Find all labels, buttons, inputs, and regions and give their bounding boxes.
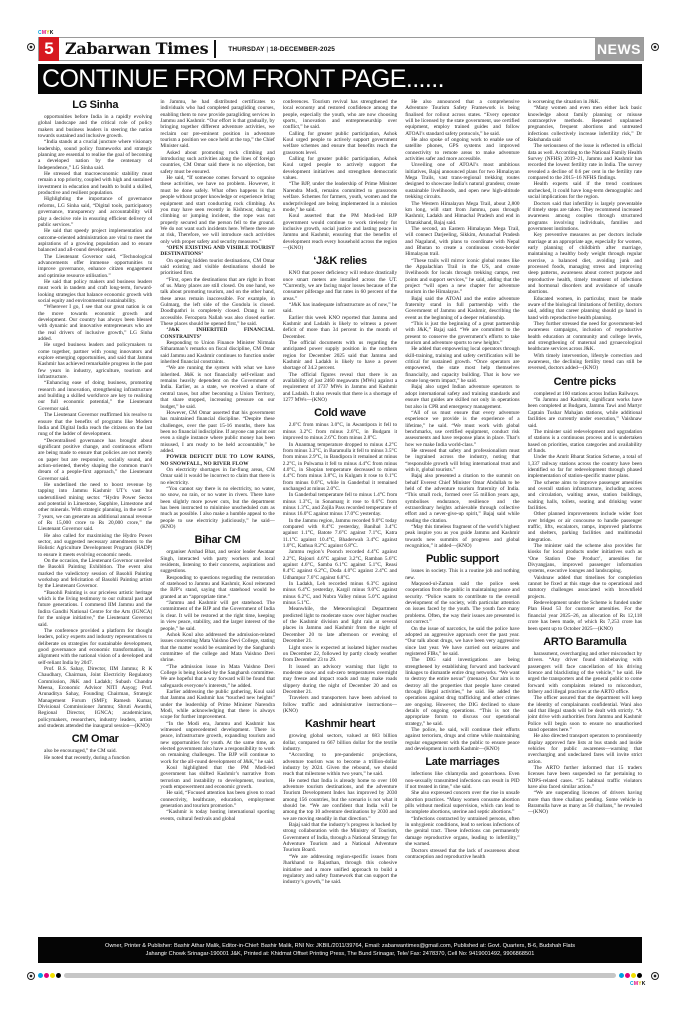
dateline: THURSDAY | 18-DECEMBER-2025 (216, 46, 335, 53)
article-paragraph: In Ganderbal temperature fell to minus 1… (283, 492, 397, 517)
article-paragraph: “These trails will mirror iconic global … (405, 258, 519, 296)
article-paragraph: Vaishnaw added that timelines for comple… (528, 575, 642, 600)
article-paragraph: He said that speedy project implementati… (38, 228, 152, 253)
article-paragraph: Maqsood-ul-Zaman said the police seek co… (405, 581, 519, 625)
article-paragraph: The conference provided a platform for t… (38, 628, 152, 666)
article-paragraph: in Jammu, he had distributed certificate… (160, 99, 274, 150)
article-heading: ‘J&K relies (283, 255, 397, 267)
article-paragraph: Other planned improvements include wider… (528, 511, 642, 543)
article-paragraph: Koul highlighted that the PM Modi-led go… (160, 765, 274, 790)
article-paragraph: He noted that recently, during a functio… (38, 755, 152, 761)
article-paragraph: The scheme aims to improve passenger ame… (528, 480, 642, 512)
article-paragraph: KNO that power deficiency will reduce dr… (283, 270, 397, 302)
article-paragraph: On the issue of narcotics, he said the p… (405, 626, 519, 658)
yellow-dot (631, 973, 636, 978)
article-paragraph: The official figures reveal that there i… (283, 372, 397, 404)
article-paragraph: Jammu region’s Poonch recorded 4.4°C aga… (283, 549, 397, 581)
article-paragraph: “J&K has inadequate infrastructure as of… (283, 302, 397, 315)
registration-mark-top-right (651, 43, 659, 51)
article-paragraph: Earlier this week KNO reported that Jamm… (283, 315, 397, 340)
article-paragraph: Calling for greater public participation… (283, 156, 397, 181)
magenta-dot (625, 973, 630, 978)
article-columns: LG Sinhaopportunities before India in a … (38, 99, 642, 935)
article-paragraph: The Lieutenant Governor said, “Technolog… (38, 254, 152, 279)
article-subheading: ‘J&K INHERITED FINANCIAL CONSTRAINTS’ (160, 327, 274, 340)
article-paragraph: growing global sectors, valued at 683 bi… (283, 733, 397, 752)
article-paragraph: In the Jammu region, Jammu recorded 9.0°… (283, 518, 397, 550)
article-paragraph: On electricity shortages in far-flung ar… (160, 467, 274, 486)
article-heading: Cold wave (283, 407, 397, 419)
article-paragraph: “Kashmir is today hosting international … (160, 809, 274, 822)
article-paragraph: “In Jammu and Kashmir, significant works… (528, 397, 642, 429)
article-heading: Centre picks (528, 376, 642, 388)
magenta-dot (44, 973, 49, 978)
article-paragraph: “You cannot say there is no electricity,… (160, 486, 274, 530)
article-paragraph: Ashok Koul also addressed the admission-… (160, 632, 274, 664)
section-banner: CONTINUE FROM FRONT PAGE...... (38, 64, 642, 94)
registration-mark-bottom-left (27, 972, 35, 980)
color-dots-left (38, 973, 61, 978)
article-paragraph: Koul asserted that the PM Modi-led BJP g… (283, 213, 397, 251)
article-paragraph: “Decentralised governance has brought ab… (38, 438, 152, 482)
article-paragraph: The ARTO further informed that 15 trader… (528, 765, 642, 790)
article-paragraph: He stressed that safety and professional… (405, 448, 519, 473)
imprint-footer: Owner, Printer & Publisher: Bashir Athar… (38, 937, 642, 963)
registration-mark-top-left (27, 43, 35, 51)
article-heading: ARTO Baramulla (528, 636, 642, 648)
article-paragraph: Bajaj said that the industry’s progress … (283, 822, 397, 854)
article-heading: Public support (405, 553, 519, 565)
article-heading: Bihar CM (160, 534, 274, 546)
article-paragraph: He also called for maximising the Hydro … (38, 533, 152, 558)
article-paragraph: The police, he said, will continue their… (405, 727, 519, 752)
column-4: He also announced that a comprehensive A… (405, 99, 519, 935)
article-paragraph: The seriousness of the issue is reflecte… (528, 143, 642, 181)
article-paragraph: The second, an Eastern Himalayan Mega Tr… (405, 226, 519, 258)
yellow-dot (50, 973, 55, 978)
article-paragraph: He said, “If someone comes forward to or… (160, 175, 274, 245)
color-dots-right (619, 973, 642, 978)
article-paragraph: “In the Modi era, Jammu and Kashmir has … (160, 721, 274, 765)
article-paragraph: “India stands at a crucial juncture wher… (38, 139, 152, 171)
newspaper-name: Zabarwan Times (59, 40, 216, 58)
article-paragraph: conferences. Tourism revival has strengt… (283, 99, 397, 131)
article-paragraph: It issued an advisory warning that light… (283, 664, 397, 696)
imprint-line-1: Owner, Printer & Publisher: Bashir Athar… (38, 942, 642, 950)
article-paragraph: He also directed transport operators to … (528, 733, 642, 765)
article-paragraph: issues in society. This is a routine job… (405, 568, 519, 581)
article-paragraph: Highlighting the importance of governanc… (38, 196, 152, 228)
imprint-line-2: Jahangir Chowk Srinagar-190001 J&K, Prin… (38, 950, 642, 958)
article-paragraph: “Wherever I go, I see that our great nat… (38, 304, 152, 342)
article-paragraph: “Basohli Painting is our priceless artis… (38, 590, 152, 628)
article-paragraph: 2.6°C from minus 3.0°C, in Awantipora it… (283, 422, 397, 441)
article-paragraph: Travelers and transporters have been adv… (283, 695, 397, 714)
article-paragraph: Calling for greater public participation… (283, 131, 397, 156)
article-paragraph: “This is just the beginning of a great p… (405, 321, 519, 346)
article-paragraph: “May this timeless fragment of the world… (405, 524, 519, 549)
article-paragraph: The Lieutenant Governor reaffirmed his r… (38, 412, 152, 437)
article-paragraph: Key preventive measures as per doctors i… (528, 232, 642, 295)
article-paragraph: “Infections contracted by untrained pers… (405, 816, 519, 848)
column-3: conferences. Tourism revival has strengt… (283, 99, 397, 935)
article-paragraph: “We are addressing region-specific issue… (283, 854, 397, 886)
article-paragraph: Light snow is expected at isolated highe… (283, 645, 397, 664)
article-paragraph: The officer assured that the department … (528, 695, 642, 733)
article-paragraph: Meanwhile, the Meteorological Department… (283, 606, 397, 644)
article-paragraph: “Many women and even men either lack bas… (528, 105, 642, 143)
article-paragraph: He said that policy makers and business … (38, 279, 152, 304)
article-paragraph: “According to pre-pandemic projections, … (283, 752, 397, 777)
article-paragraph: He added that empowering local operators… (405, 346, 519, 384)
article-paragraph: The minister said redevelopment and upgr… (528, 429, 642, 454)
column-2: in Jammu, he had distributed certificate… (160, 99, 274, 935)
article-paragraph: He stressed that macroeconomic stability… (38, 171, 152, 196)
article-paragraph: In Ladakh, Leh recorded minus 6.3°C agai… (283, 581, 397, 606)
article-paragraph: The official documents with us regarding… (283, 340, 397, 372)
article-paragraph: He urged business leaders and policymake… (38, 342, 152, 380)
article-paragraph: The minister said the scheme also provid… (528, 543, 642, 575)
article-paragraph: Doctors said that infertility is largely… (528, 201, 642, 233)
article-paragraph: Unveiling one of ATOAI’s most ambitious … (405, 162, 519, 200)
page-number: 5 (39, 37, 59, 61)
article-paragraph: With timely intervention, lifestyle corr… (528, 353, 642, 372)
cyan-dot (38, 973, 43, 978)
article-heading: Late marriages (405, 756, 519, 768)
date-label: 18-DECEMBER-2025 (270, 46, 335, 53)
banner-title: CONTINUE FROM FRONT PAGE...... (42, 65, 444, 94)
article-heading: Kashmir heart (283, 718, 397, 730)
article-paragraph: “We are running the system with what we … (160, 365, 274, 409)
article-paragraph: Bajaj also urged Indian adventure operat… (405, 384, 519, 409)
article-paragraph: “We are suspending licences of drivers h… (528, 790, 642, 815)
print-color-bar (38, 972, 642, 978)
article-paragraph: infections like chlamydia and gonorrhoea… (405, 771, 519, 790)
article-paragraph: opportunities before India in a rapidly … (38, 114, 152, 139)
article-paragraph: Responding to questions regarding the re… (160, 575, 274, 600)
grey-bar (64, 973, 616, 978)
article-paragraph: “The BJP, under the leadership of Prime … (283, 181, 397, 213)
article-paragraph: harassment, overcharging and other misco… (528, 651, 642, 695)
cmyk-label-top: CMYK (38, 30, 54, 36)
article-paragraph: Earlier addressing the public gathering,… (160, 689, 274, 721)
article-paragraph: The DIG said investigations are being st… (405, 657, 519, 727)
article-paragraph: Health experts said if the trend continu… (528, 181, 642, 200)
article-subheading: POWER DEFICIT DUE TO LOW RAINS, NO SNOWF… (160, 454, 274, 467)
day-label: THURSDAY (228, 46, 264, 53)
cyan-dot (619, 973, 624, 978)
article-paragraph: Bajaj said the ATOAI and the entire adve… (405, 296, 519, 321)
article-heading: CM Omar (38, 733, 152, 745)
article-paragraph: He noted that India is already home to o… (283, 778, 397, 822)
column-1: LG Sinhaopportunities before India in a … (38, 99, 152, 935)
article-paragraph: organiser Arshad Bhat, and senior leader… (160, 549, 274, 574)
article-paragraph: He underlined the need to boost revenue … (38, 482, 152, 533)
article-paragraph: “Jammu and Kashmir will get statehood. T… (160, 600, 274, 632)
article-paragraph: He also spoke of ongoing work to enable … (405, 137, 519, 162)
article-heading: LG Sinha (38, 99, 152, 111)
article-paragraph: Redevelopment under the Scheme is funded… (528, 600, 642, 632)
black-dot (56, 973, 61, 978)
article-paragraph: “First, open the destinations that are r… (160, 277, 274, 328)
article-paragraph: The Western Himalayan Mega Trail, about … (405, 201, 519, 226)
article-paragraph: She also expressed concern over the rise… (405, 790, 519, 815)
registration-mark-bottom-right (651, 972, 659, 980)
article-subheading: ‘OPEN EXISTING AND VISIBLE TOURIST DESTI… (160, 245, 274, 258)
article-paragraph: “The admission issue in Mata Vaishno Dev… (160, 664, 274, 689)
section-tag: NEWS (595, 38, 643, 60)
article-paragraph: Educated women, in particular, must be m… (528, 296, 642, 321)
article-paragraph: On the occasion, the Lieutenant Governor… (38, 558, 152, 590)
article-paragraph: Under the Amrit Bharat Station Scheme, a… (528, 454, 642, 479)
article-paragraph: Doctors stressed that the lack of awaren… (405, 848, 519, 861)
article-paragraph: However, CM Omar asserted that his gover… (160, 410, 274, 454)
article-paragraph: He said, “Focused attention has been giv… (160, 790, 274, 809)
article-paragraph: They further stressed the need for gover… (528, 321, 642, 353)
article-paragraph: Responding to Union Finance Minister Nir… (160, 340, 274, 365)
article-paragraph: In Anantnag temperature dropped to minus… (283, 442, 397, 493)
article-paragraph: Asked about promoting rock climbing and … (160, 150, 274, 175)
cmyk-label-bottom: CMYK (630, 981, 646, 987)
column-5: is worsening the situation in J&K.“Many … (528, 99, 642, 935)
article-paragraph: “All of us must ensure that every advent… (405, 410, 519, 448)
article-paragraph: “Enhancing ease of doing business, promo… (38, 380, 152, 412)
article-paragraph: He also announced that a comprehensive A… (405, 99, 519, 137)
black-dot (637, 973, 642, 978)
article-paragraph: Prof. B.S. Sahay, Director, IIM Jammu; R… (38, 666, 152, 729)
article-paragraph: Bajaj also presented a citation to the s… (405, 473, 519, 524)
masthead: 5 Zabarwan Times THURSDAY | 18-DECEMBER-… (38, 37, 644, 61)
article-paragraph: On opening hidden tourist destinations, … (160, 258, 274, 277)
